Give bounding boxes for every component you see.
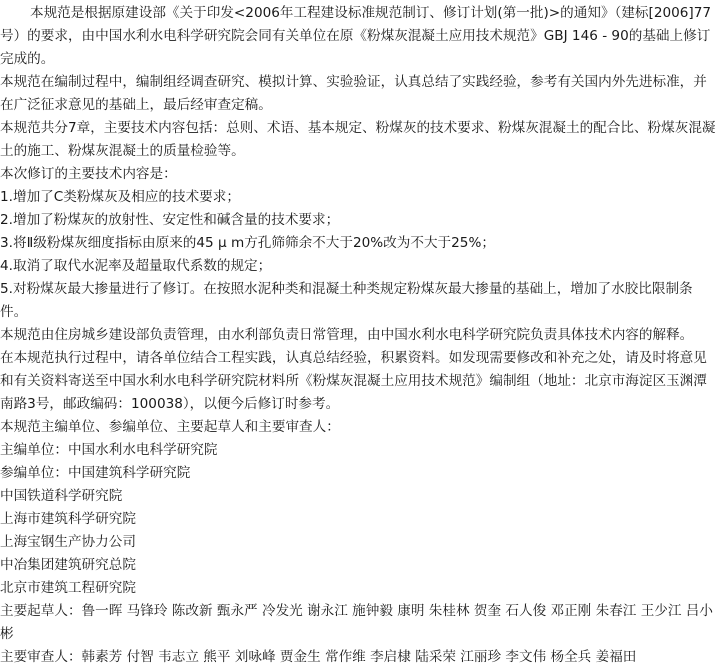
revision-item-4: 4.取消了取代水泥率及超量取代系数的规定； (0, 255, 719, 278)
paragraph-feedback: 在本规范执行过程中，请各单位结合工程实践，认真总结经验，积累资料。如发现需要修改… (0, 347, 719, 416)
paragraph-units-heading: 本规范主编单位、参编单位、主要起草人和主要审查人： (0, 416, 719, 439)
participating-unit: 北京市建筑工程研究院 (0, 577, 719, 600)
revision-item-5: 5.对粉煤灰最大掺量进行了修订。在按照水泥种类和混凝土种类规定粉煤灰最大掺量的基… (0, 278, 719, 324)
participating-unit: 上海市建筑科学研究院 (0, 508, 719, 531)
paragraph-compilation-process: 本规范在编制过程中，编制组经调查研究、模拟计算、实验验证，认真总结了实践经验，参… (0, 71, 719, 117)
main-drafters: 主要起草人：鲁一晖 马锋玲 陈改新 甄永严 冷发光 谢永江 施钟毅 康明 朱桂林… (0, 600, 719, 646)
paragraph-chapters: 本规范共分7章，主要技术内容包括：总则、术语、基本规定、粉煤灰的技术要求、粉煤灰… (0, 117, 719, 163)
chief-editor-unit: 主编单位：中国水利水电科学研究院 (0, 439, 719, 462)
participating-unit: 参编单位：中国建筑科学研究院 (0, 462, 719, 485)
participating-unit: 上海宝钢生产协力公司 (0, 531, 719, 554)
document-body: 本规范是根据原建设部《关于印发<2006年工程建设标准规范制订、修订计划(第一批… (0, 0, 719, 665)
paragraph-intro: 本规范是根据原建设部《关于印发<2006年工程建设标准规范制订、修订计划(第一批… (0, 2, 719, 71)
participating-unit: 中冶集团建筑研究总院 (0, 554, 719, 577)
paragraph-revision-heading: 本次修订的主要技术内容是： (0, 163, 719, 186)
paragraph-management: 本规范由住房城乡建设部负责管理，由水利部负责日常管理，由中国水利水电科学研究院负… (0, 324, 719, 347)
main-reviewers: 主要审查人：韩素芳 付智 韦志立 熊平 刘咏峰 贾金生 常作维 李启棣 陆采荣 … (0, 646, 719, 665)
revision-item-3: 3.将Ⅱ级粉煤灰细度指标由原来的45 μ m方孔筛筛余不大于20%改为不大于25… (0, 232, 719, 255)
revision-item-2: 2.增加了粉煤灰的放射性、安定性和碱含量的技术要求； (0, 209, 719, 232)
revision-item-1: 1.增加了C类粉煤灰及相应的技术要求； (0, 186, 719, 209)
participating-unit: 中国铁道科学研究院 (0, 485, 719, 508)
